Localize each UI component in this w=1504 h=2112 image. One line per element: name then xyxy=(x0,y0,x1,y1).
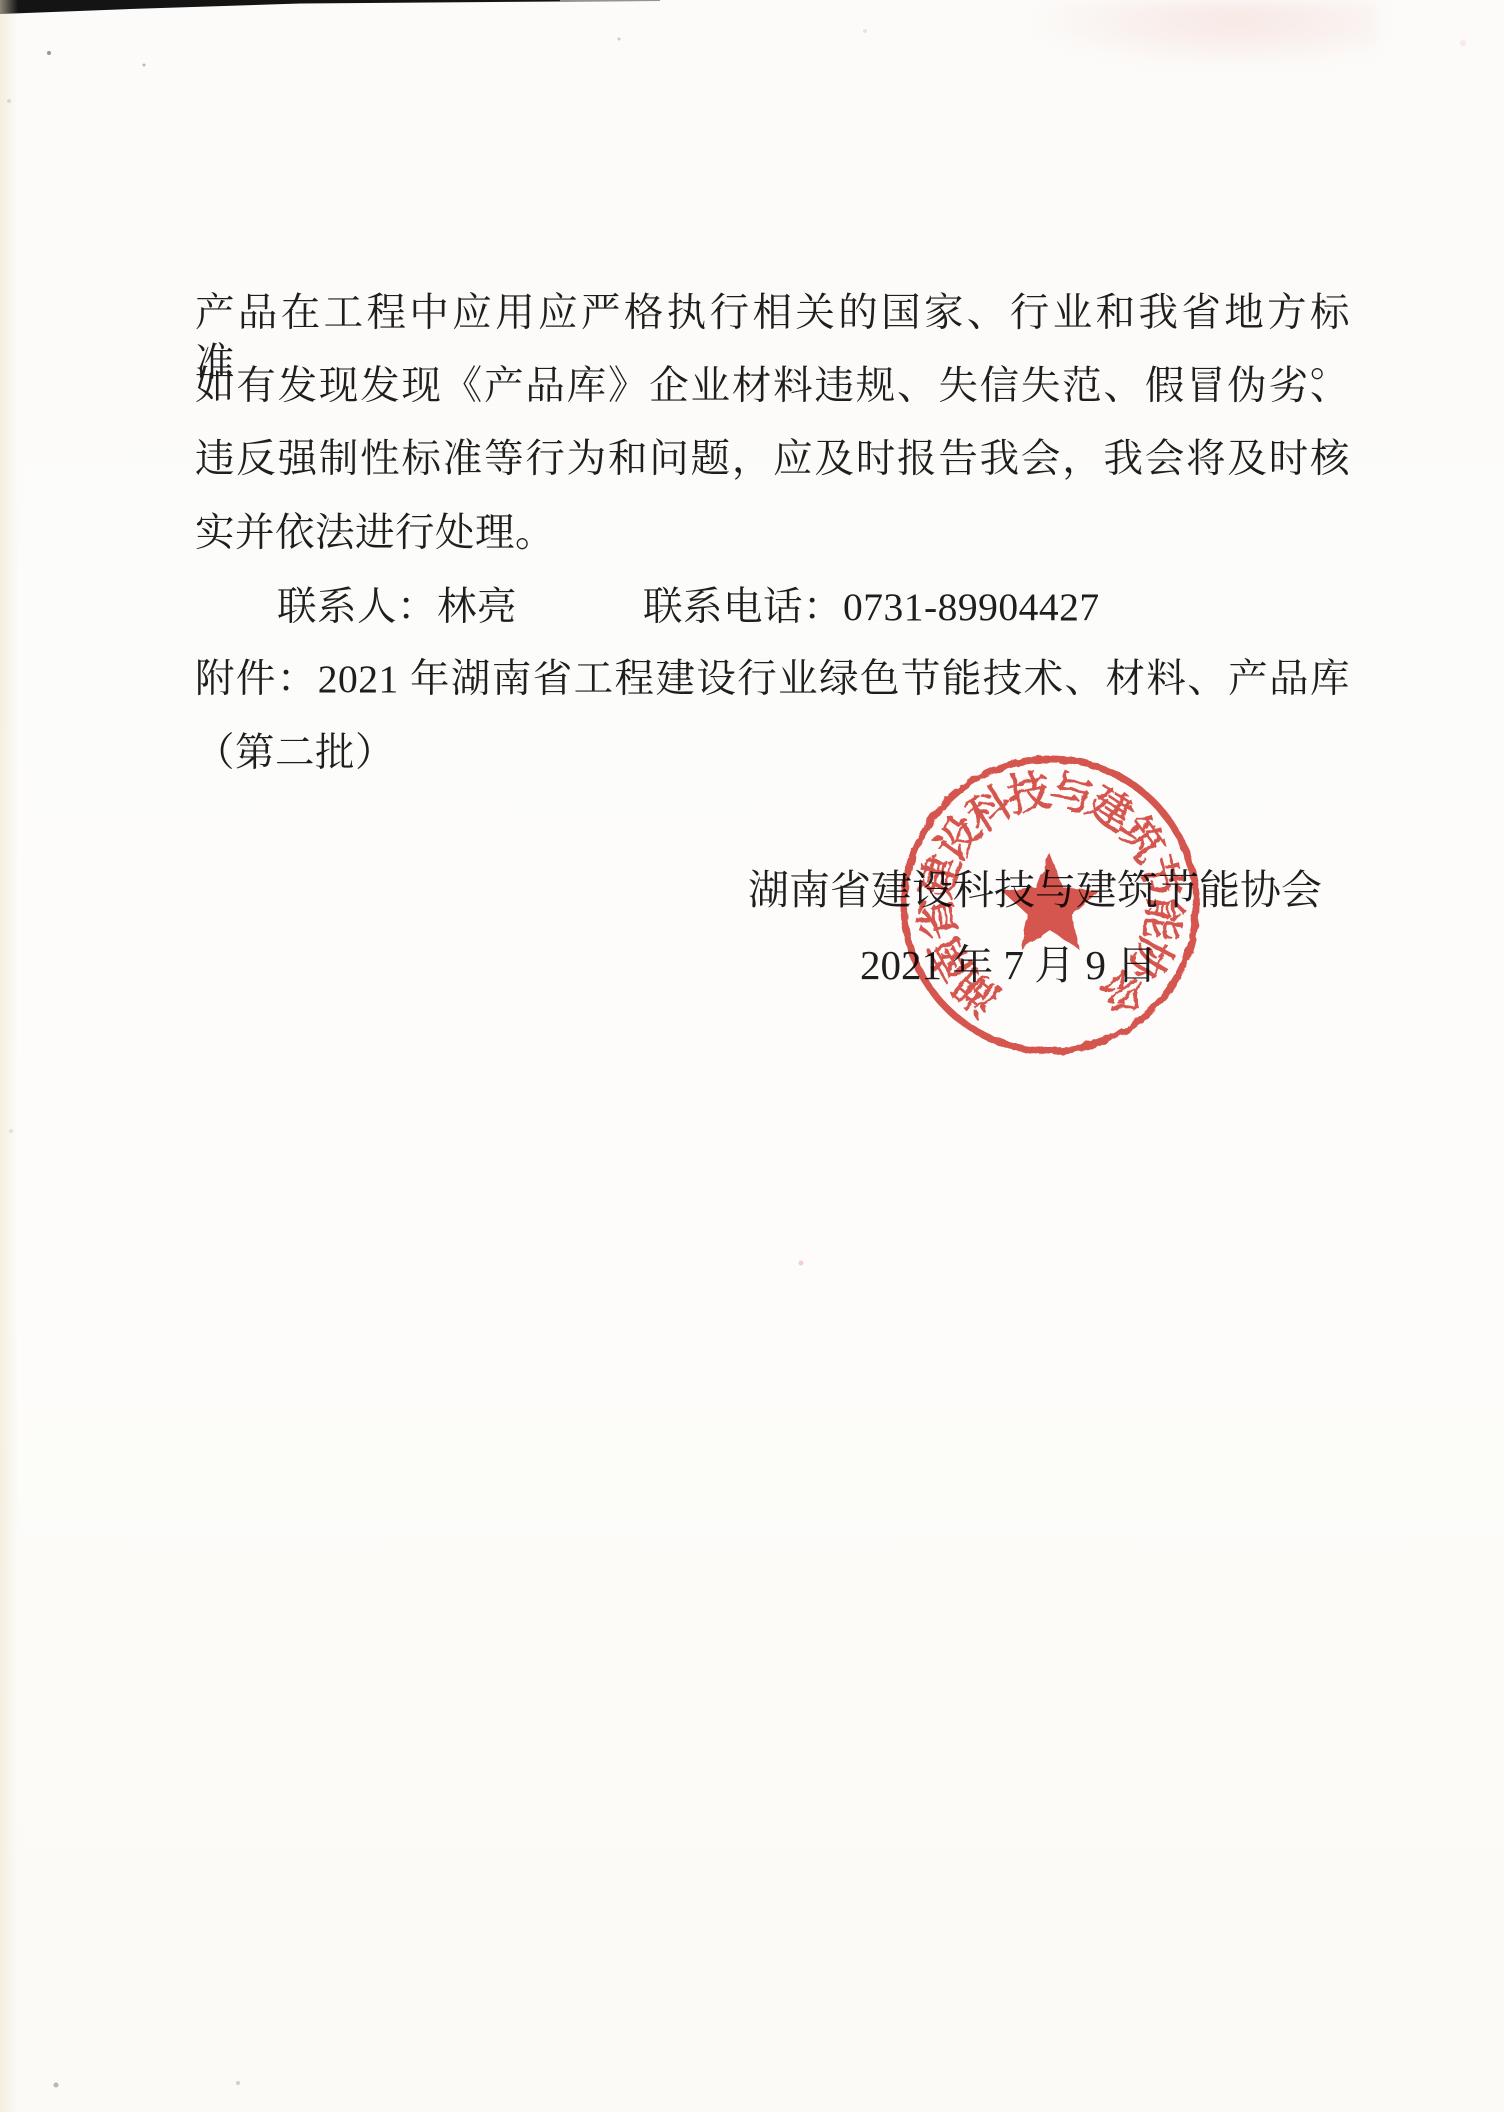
scan-specks xyxy=(0,0,2,2)
paragraph-line-3: 违反强制性标准等行为和问题，应及时报告我会，我会将及时核 xyxy=(195,434,1350,484)
scan-edge-shape xyxy=(0,0,660,16)
scanned-document-page: 产品在工程中应用应严格执行相关的国家、行业和我省地方标准。 如有发现发现《产品库… xyxy=(0,0,1504,2112)
scan-left-shading xyxy=(0,0,18,2112)
paragraph-line-4: 实并依法进行处理。 xyxy=(195,508,1350,558)
attachment-line-1: 附件：2021 年湖南省工程建设行业绿色节能技术、材料、产品库 xyxy=(195,654,1350,704)
paragraph-line-2: 如有发现发现《产品库》企业材料违规、失信失范、假冒伪劣、 xyxy=(195,361,1350,411)
official-seal-stamp: 湖南省建设科技与建筑节能协会 xyxy=(890,745,1210,1065)
contact-phone: 联系电话：0731-89904427 xyxy=(643,582,1100,632)
seal-star-icon xyxy=(1002,853,1099,950)
contact-person: 联系人：林亮 xyxy=(277,582,517,632)
scan-top-edge-artifact xyxy=(0,0,660,16)
scan-pink-smudge xyxy=(1020,0,1380,70)
